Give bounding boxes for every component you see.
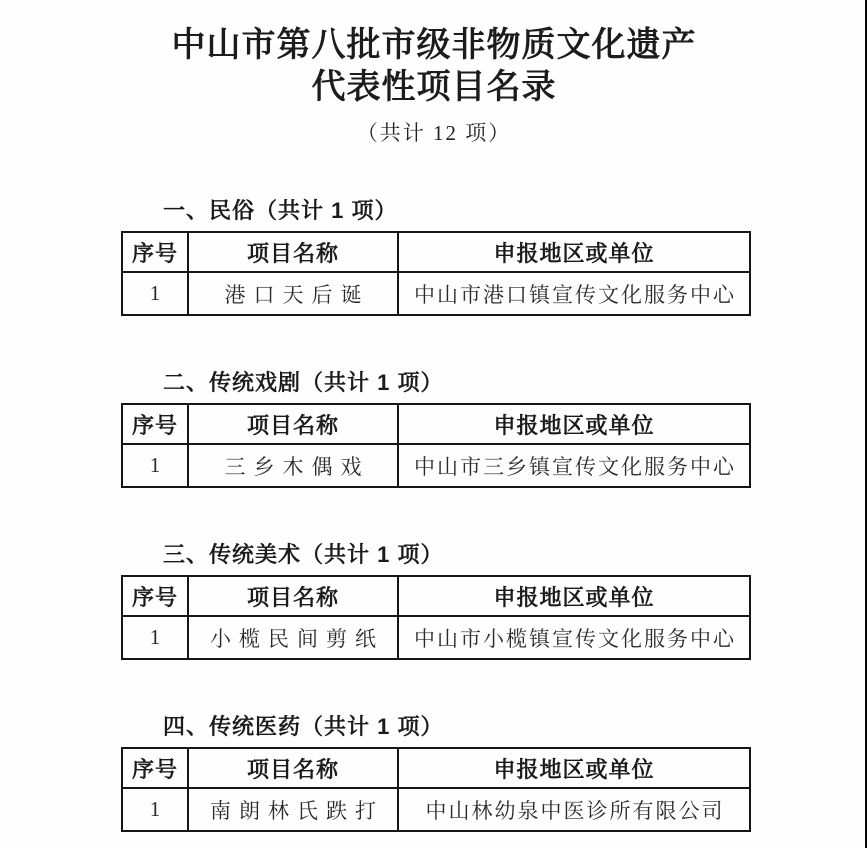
table-header-row: 序号 项目名称 申报地区或单位 <box>122 576 750 616</box>
section-heading: 二、传统戏剧（共计 1 项） <box>163 370 749 396</box>
section-folk-custom: 一、民俗（共计 1 项） 序号 项目名称 申报地区或单位 1 港口天后诞 中山市… <box>121 198 749 316</box>
table-header-row: 序号 项目名称 申报地区或单位 <box>122 748 750 788</box>
document-subtitle: （共计 12 项） <box>0 120 868 146</box>
col-header-index: 序号 <box>122 232 188 272</box>
page-right-border <box>865 0 867 848</box>
declaring-unit: 中山市港口镇宣传文化服务中心 <box>398 272 750 315</box>
heritage-table: 序号 项目名称 申报地区或单位 1 南朗林氏跌打 中山林幼泉中医诊所有限公司 <box>121 747 751 832</box>
col-header-declaring-unit: 申报地区或单位 <box>398 232 750 272</box>
row-index: 1 <box>122 788 188 831</box>
section-heading: 四、传统医药（共计 1 项） <box>163 714 749 740</box>
row-index: 1 <box>122 444 188 487</box>
table-header-row: 序号 项目名称 申报地区或单位 <box>122 232 750 272</box>
project-name: 小榄民间剪纸 <box>188 616 398 659</box>
heritage-table: 序号 项目名称 申报地区或单位 1 三乡木偶戏 中山市三乡镇宣传文化服务中心 <box>121 403 751 488</box>
col-header-declaring-unit: 申报地区或单位 <box>398 404 750 444</box>
col-header-project-name: 项目名称 <box>188 232 398 272</box>
col-header-index: 序号 <box>122 576 188 616</box>
section-heading: 一、民俗（共计 1 项） <box>163 198 749 224</box>
section-traditional-fine-art: 三、传统美术（共计 1 项） 序号 项目名称 申报地区或单位 1 小榄民间剪纸 … <box>121 542 749 660</box>
col-header-index: 序号 <box>122 748 188 788</box>
section-heading: 三、传统美术（共计 1 项） <box>163 542 749 568</box>
declaring-unit: 中山市三乡镇宣传文化服务中心 <box>398 444 750 487</box>
project-name: 南朗林氏跌打 <box>188 788 398 831</box>
document-title-line2: 代表性项目名录 <box>0 66 868 108</box>
project-name: 三乡木偶戏 <box>188 444 398 487</box>
table-row: 1 南朗林氏跌打 中山林幼泉中医诊所有限公司 <box>122 788 750 831</box>
row-index: 1 <box>122 616 188 659</box>
row-index: 1 <box>122 272 188 315</box>
col-header-project-name: 项目名称 <box>188 576 398 616</box>
section-traditional-medicine: 四、传统医药（共计 1 项） 序号 项目名称 申报地区或单位 1 南朗林氏跌打 … <box>121 714 749 832</box>
col-header-project-name: 项目名称 <box>188 404 398 444</box>
declaring-unit: 中山林幼泉中医诊所有限公司 <box>398 788 750 831</box>
document-title: 中山市第八批市级非物质文化遗产 代表性项目名录 <box>0 0 868 108</box>
table-row: 1 港口天后诞 中山市港口镇宣传文化服务中心 <box>122 272 750 315</box>
col-header-project-name: 项目名称 <box>188 748 398 788</box>
project-name: 港口天后诞 <box>188 272 398 315</box>
table-row: 1 小榄民间剪纸 中山市小榄镇宣传文化服务中心 <box>122 616 750 659</box>
heritage-table: 序号 项目名称 申报地区或单位 1 小榄民间剪纸 中山市小榄镇宣传文化服务中心 <box>121 575 751 660</box>
document-page: 中山市第八批市级非物质文化遗产 代表性项目名录 （共计 12 项） 一、民俗（共… <box>0 0 868 848</box>
document-title-line1: 中山市第八批市级非物质文化遗产 <box>0 24 868 66</box>
col-header-index: 序号 <box>122 404 188 444</box>
declaring-unit: 中山市小榄镇宣传文化服务中心 <box>398 616 750 659</box>
col-header-declaring-unit: 申报地区或单位 <box>398 576 750 616</box>
table-header-row: 序号 项目名称 申报地区或单位 <box>122 404 750 444</box>
section-traditional-drama: 二、传统戏剧（共计 1 项） 序号 项目名称 申报地区或单位 1 三乡木偶戏 中… <box>121 370 749 488</box>
heritage-table: 序号 项目名称 申报地区或单位 1 港口天后诞 中山市港口镇宣传文化服务中心 <box>121 231 751 316</box>
table-row: 1 三乡木偶戏 中山市三乡镇宣传文化服务中心 <box>122 444 750 487</box>
col-header-declaring-unit: 申报地区或单位 <box>398 748 750 788</box>
